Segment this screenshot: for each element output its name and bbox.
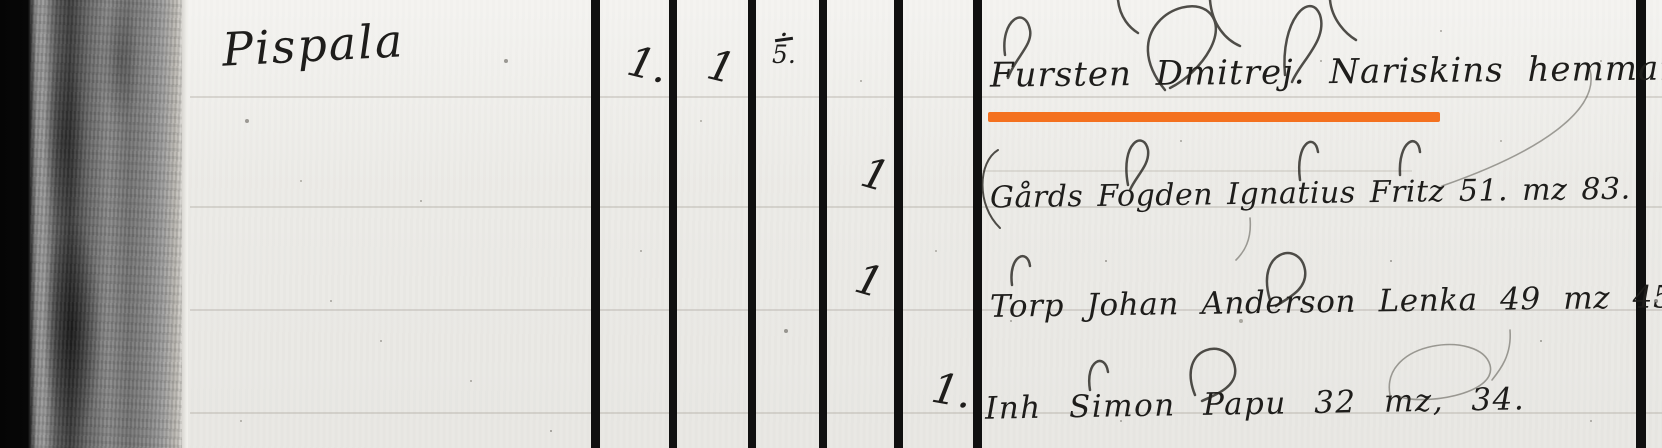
count-mark: 1. [623,36,674,93]
entry-row: Fursten Dmitrej. Nariskins hemman [990,48,1662,95]
count-mark: 1 [702,39,740,93]
column-rule [591,0,600,448]
count-mark: 1. [928,363,976,418]
fraction-mark: . 5. [772,24,796,68]
row-guide-line [982,170,1412,172]
paper-specks [0,0,2,2]
highlight-underline [988,112,1440,122]
column-rule [819,0,827,448]
entry-row: Torp Johan Anderson Lenka 49 mz 45. [990,279,1662,325]
book-binding-edge [0,0,188,448]
underlined-name-text: Fursten Dmitrej. Nariskins [990,50,1504,95]
row-guide-line [190,96,1662,98]
count-mark: 1 [856,147,895,201]
column-rule [894,0,903,448]
fraction-denominator: 5. [772,42,796,68]
column-rule [748,0,756,448]
entry-tail-text: hemman [1503,48,1662,90]
column-rule [973,0,982,448]
binding-paper-texture [30,0,182,448]
place-name: Pispala [221,13,406,76]
entry-row: Inh Simon Papu 32 mz, 34. [985,381,1526,426]
scanned-ledger-page: Pispala 1. 1 . 5. 1 1 1. Fursten Dmitrej… [0,0,1662,448]
entry-row: Gårds Fogden Ignatius Fritz 51. mz 83. [990,172,1631,216]
count-mark: 1 [850,253,889,307]
fraction-numerator: . [780,24,787,34]
column-rule [669,0,677,448]
